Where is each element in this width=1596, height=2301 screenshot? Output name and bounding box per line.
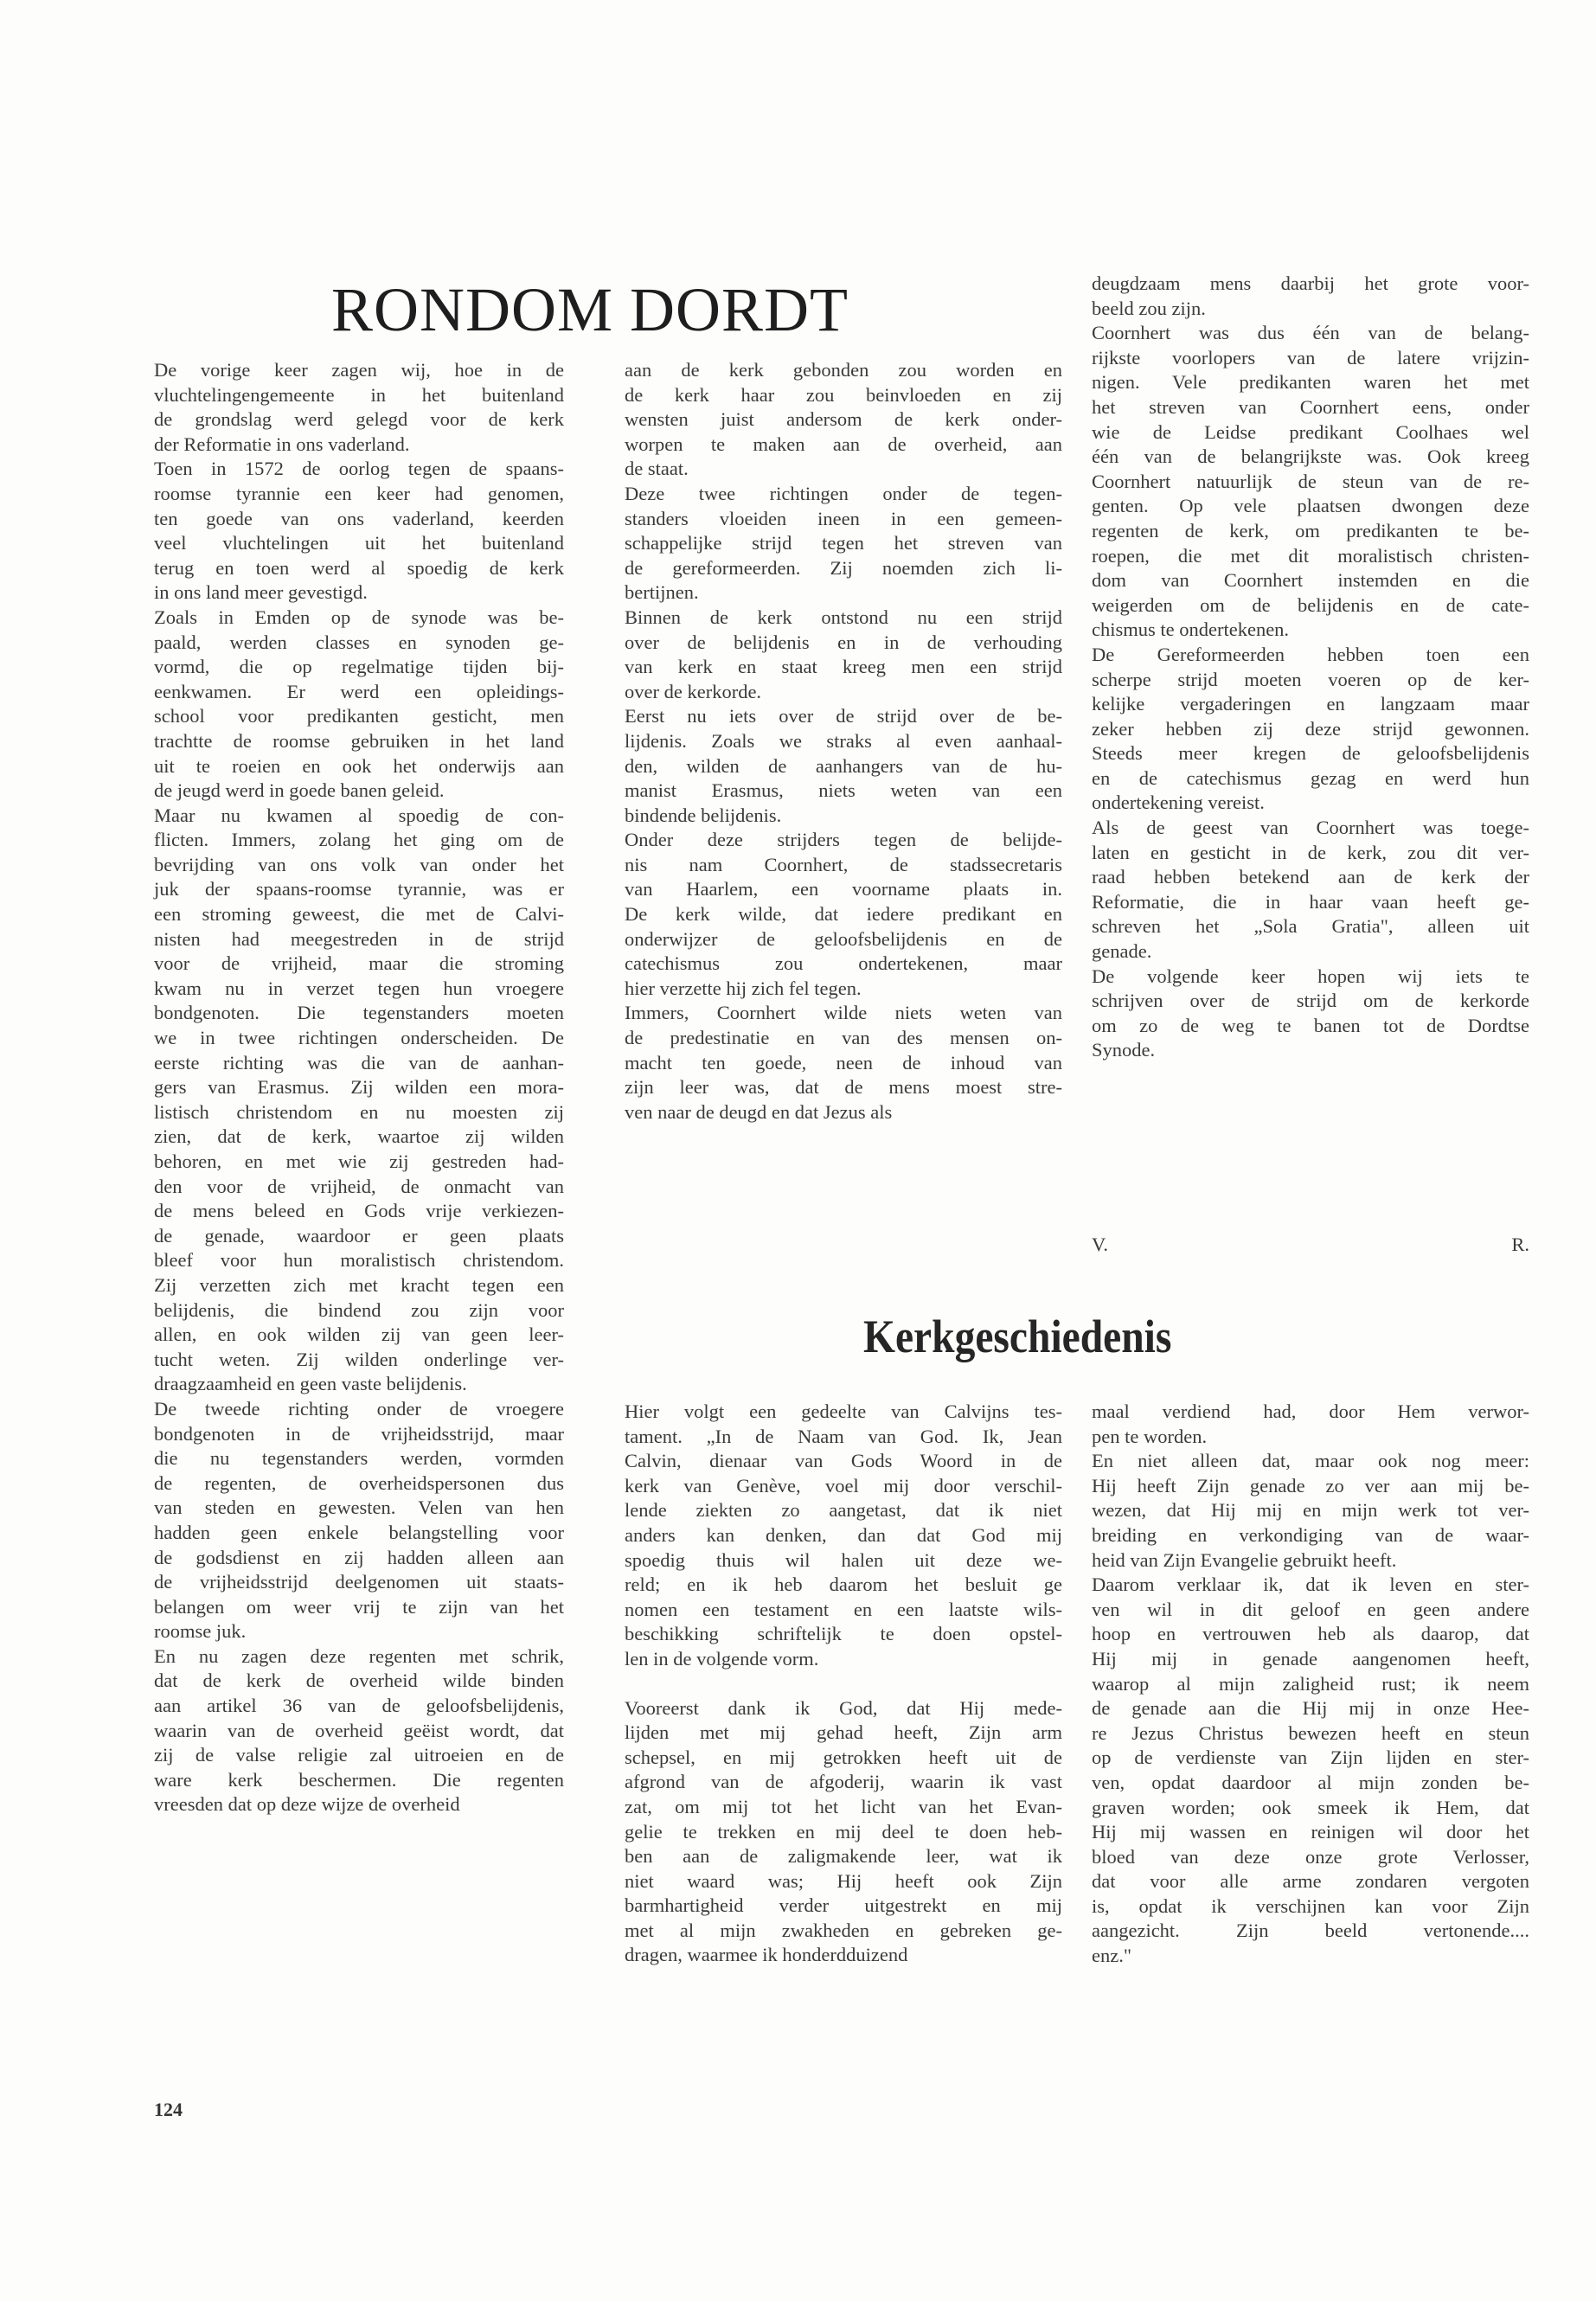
- text-line: ven wil in dit geloof en geen andere: [1092, 1598, 1529, 1623]
- text-line: van kerk en staat kreeg men een strijd: [625, 655, 1062, 680]
- text-line: op de verdienste van Zijn lijden en ster…: [1092, 1746, 1529, 1771]
- text-line: En niet alleen dat, maar ook nog meer:: [1092, 1449, 1529, 1474]
- text-line: is, opdat ik verschijnen kan voor Zijn: [1092, 1894, 1529, 1920]
- paragraph: De tweede richting onder de vroegerebond…: [154, 1397, 564, 1644]
- section-title-kerkgeschiedenis: Kerkgeschiedenis: [863, 1306, 1171, 1367]
- text-line: maal verdiend had, door Hem verwor-: [1092, 1400, 1529, 1425]
- paragraph: Eerst nu iets over de strijd over de be-…: [625, 704, 1062, 828]
- text-line: voor de vrijheid, maar die stroming: [154, 952, 564, 977]
- text-line: de genade, waardoor er geen plaats: [154, 1224, 564, 1249]
- article-column-1: De vorige keer zagen wij, hoe in devluch…: [154, 358, 564, 1817]
- text-line: heid van Zijn Evangelie gebruikt heeft.: [1092, 1548, 1529, 1574]
- text-line: één van de belangrijkste was. Ook kreeg: [1092, 445, 1529, 470]
- text-line: bertijnen.: [625, 580, 1062, 606]
- text-line: enz.": [1092, 1944, 1529, 1969]
- text-line: En nu zagen deze regenten met schrik,: [154, 1644, 564, 1670]
- text-line: de godsdienst en zij hadden alleen aan: [154, 1546, 564, 1571]
- signature-initial-right: R.: [1511, 1234, 1529, 1256]
- text-line: Zij verzetten zich met kracht tegen een: [154, 1273, 564, 1298]
- text-line: De tweede richting onder de vroegere: [154, 1397, 564, 1422]
- text-line: spoedig thuis wil halen uit deze we-: [625, 1548, 1062, 1574]
- article-title: RONDOM DORDT: [331, 275, 849, 344]
- text-line: barmhartigheid verder uitgestrekt en mij: [625, 1894, 1062, 1919]
- text-line: Coornhert natuurlijk de steun van de re-: [1092, 470, 1529, 495]
- text-line: len in de volgende vorm.: [625, 1647, 1062, 1672]
- text-line: ven, opdat daardoor al mijn zonden be-: [1092, 1771, 1529, 1796]
- text-line: dat voor alle arme zondaren vergoten: [1092, 1869, 1529, 1894]
- text-line: anders kan denken, dan dat God mij: [625, 1523, 1062, 1548]
- text-line: De kerk wilde, dat iedere predikant en: [625, 902, 1062, 927]
- text-line: ben aan de zaligmakende leer, wat ik: [625, 1844, 1062, 1869]
- text-line: schrijven over de strijd om de kerkorde: [1092, 989, 1529, 1014]
- text-line: zien, dat de kerk, waartoe zij wilden: [154, 1125, 564, 1150]
- text-line: schepsel, en mij getrokken heeft uit de: [625, 1746, 1062, 1771]
- text-line: vluchtelingengemeente in het buitenland: [154, 383, 564, 408]
- text-line: der Reformatie in ons vaderland.: [154, 433, 564, 458]
- text-line: om zo de weg te banen tot de Dordtse: [1092, 1014, 1529, 1039]
- text-line: rijkste voorlopers van de latere vrijzin…: [1092, 346, 1529, 371]
- text-line: pen te worden.: [1092, 1425, 1529, 1450]
- text-line: vreesden dat op deze wijze de overheid: [154, 1792, 564, 1817]
- text-line: Reformatie, die in haar vaan heeft ge-: [1092, 890, 1529, 915]
- text-line: en de catechismus gezag en werd hun: [1092, 766, 1529, 792]
- text-line: De volgende keer hopen wij iets te: [1092, 965, 1529, 990]
- text-line: ware kerk beschermen. Die regenten: [154, 1768, 564, 1793]
- paragraph: aan de kerk gebonden zou worden ende ker…: [625, 358, 1062, 482]
- text-line: met al mijn zwakheden en gebreken ge-: [625, 1919, 1062, 1944]
- text-line: veel vluchtelingen uit het buitenland: [154, 531, 564, 556]
- text-line: Eerst nu iets over de strijd over de be-: [625, 704, 1062, 729]
- text-line: onderwijzer de geloofsbelijdenis en de: [625, 927, 1062, 952]
- text-line: lijdenis. Zoals we straks al even aanhaa…: [625, 729, 1062, 754]
- text-line: de gereformeerden. Zij noemden zich li-: [625, 556, 1062, 581]
- text-line: Hij mij in genade aangenomen heeft,: [1092, 1647, 1529, 1672]
- text-line: schreven het „Sola Gratia", alleen uit: [1092, 914, 1529, 939]
- text-line: nomen een testament en een laatste wils-: [625, 1598, 1062, 1623]
- text-line: de genade aan die Hij mij in onze Hee-: [1092, 1696, 1529, 1721]
- text-line: de jeugd werd in goede banen geleid.: [154, 779, 564, 804]
- text-line: bloed van deze onze grote Verlosser,: [1092, 1845, 1529, 1870]
- text-line: de predestinatie en van des mensen on-: [625, 1026, 1062, 1051]
- text-line: kwam nu in verzet tegen hun vroegere: [154, 977, 564, 1002]
- text-line: de regenten, de overheidspersonen dus: [154, 1471, 564, 1497]
- text-line: regenten de kerk, om predikanten te be-: [1092, 519, 1529, 544]
- text-line: zat, om mij tot het licht van het Evan-: [625, 1795, 1062, 1820]
- text-line: uit te roeien en ook het onderwijs aan: [154, 754, 564, 779]
- paragraph: Toen in 1572 de oorlog tegen de spaans-r…: [154, 457, 564, 606]
- text-line: aan artikel 36 van de geloofsbelijdenis,: [154, 1694, 564, 1719]
- text-line: Daarom verklaar ik, dat ik leven en ster…: [1092, 1573, 1529, 1598]
- text-line: wezen, dat Hij mij en mijn werk tot ver-: [1092, 1498, 1529, 1523]
- section2-column-1: Hier volgt een gedeelte van Calvijns tes…: [625, 1400, 1062, 1968]
- text-line: Coornhert was dus één van de belang-: [1092, 321, 1529, 346]
- text-line: wie de Leidse predikant Coolhaes wel: [1092, 420, 1529, 445]
- paragraph: Immers, Coornhert wilde niets weten vand…: [625, 1001, 1062, 1125]
- text-line: de grondslag werd gelegd voor de kerk: [154, 407, 564, 433]
- text-line: bleef voor hun moralistisch christendom.: [154, 1248, 564, 1273]
- text-line: behoren, en met wie zij gestreden had-: [154, 1150, 564, 1175]
- text-line: gelie te trekken en mij deel te doen heb…: [625, 1820, 1062, 1845]
- text-line: kerk van Genève, voel mij door verschil-: [625, 1474, 1062, 1499]
- text-line: den, wilden de aanhangers van de hu-: [625, 754, 1062, 779]
- text-line: hadden geen enkele belangstelling voor: [154, 1521, 564, 1546]
- text-line: macht ten goede, neen de inhoud van: [625, 1051, 1062, 1076]
- paragraph: deugdzaam mens daarbij het grote voor-be…: [1092, 272, 1529, 321]
- text-line: graven worden; ook smeek ik Hem, dat: [1092, 1796, 1529, 1821]
- text-line: draagzaamheid en geen vaste belijdenis.: [154, 1372, 564, 1397]
- text-line: roomse tyrannie een keer had genomen,: [154, 482, 564, 507]
- text-line: niet waard was; Hij heeft ook Zijn: [625, 1869, 1062, 1894]
- text-line: Calvin, dienaar van Gods Woord in de: [625, 1449, 1062, 1474]
- text-line: lende ziekten zo aangetast, dat ik niet: [625, 1498, 1062, 1523]
- text-line: het streven van Coornhert eens, onder: [1092, 395, 1529, 420]
- paragraph: Daarom verklaar ik, dat ik leven en ster…: [1092, 1573, 1529, 1969]
- text-line: hoop en vertrouwen heb als daarop, dat: [1092, 1622, 1529, 1647]
- text-line: Immers, Coornhert wilde niets weten van: [625, 1001, 1062, 1026]
- text-line: nigen. Vele predikanten waren het met: [1092, 370, 1529, 395]
- text-line: Hij mij wassen en reinigen wil door het: [1092, 1820, 1529, 1845]
- paragraph: Onder deze strijders tegen de belijde-ni…: [625, 828, 1062, 1001]
- paragraph: Vooreerst dank ik God, dat Hij mede-lijd…: [625, 1696, 1062, 1969]
- paragraph: Hier volgt een gedeelte van Calvijns tes…: [625, 1400, 1062, 1672]
- text-line: Maar nu kwamen al spoedig de con-: [154, 804, 564, 829]
- text-line: een stroming geweest, die met de Calvi-: [154, 902, 564, 927]
- text-line: beschikking schriftelijk te doen opstel-: [625, 1622, 1062, 1647]
- text-line: vormd, die op regelmatige tijden bij-: [154, 655, 564, 680]
- page-number: 124: [154, 2099, 183, 2121]
- text-line: dragen, waarmee ik honderdduizend: [625, 1943, 1062, 1968]
- text-line: worpen te maken aan de overheid, aan: [625, 433, 1062, 458]
- text-line: reld; en ik heb daarom het besluit ge: [625, 1573, 1062, 1598]
- text-line: de mens beleed en Gods vrije verkiezen-: [154, 1199, 564, 1224]
- text-line: Binnen de kerk ontstond nu een strijd: [625, 606, 1062, 631]
- text-line: over de kerkorde.: [625, 680, 1062, 705]
- text-line: hier verzette hij zich fel tegen.: [625, 977, 1062, 1002]
- text-line: catechismus zou ondertekenen, maar: [625, 952, 1062, 977]
- paragraph: Binnen de kerk ontstond nu een strijdove…: [625, 606, 1062, 704]
- section2-column-2: maal verdiend had, door Hem verwor-pen t…: [1092, 1400, 1529, 1969]
- text-line: de vrijheidsstrijd deelgenomen uit staat…: [154, 1570, 564, 1595]
- text-line: De vorige keer zagen wij, hoe in de: [154, 358, 564, 383]
- text-line: bondgenoten in de vrijheidsstrijd, maar: [154, 1422, 564, 1447]
- text-line: genade.: [1092, 939, 1529, 965]
- text-line: van steden en gewesten. Velen van hen: [154, 1496, 564, 1521]
- text-line: manist Erasmus, niets weten van een: [625, 779, 1062, 804]
- text-line: aangezicht. Zijn beeld vertonende....: [1092, 1919, 1529, 1944]
- paragraph: Coornhert was dus één van de belang-rijk…: [1092, 321, 1529, 643]
- text-line: kelijke vergaderingen en langzaam maar: [1092, 692, 1529, 717]
- text-line: eenkwamen. Er werd een opleidings-: [154, 680, 564, 705]
- text-line: Als de geest van Coornhert was toege-: [1092, 816, 1529, 841]
- text-line: chismus te ondertekenen.: [1092, 618, 1529, 643]
- text-line: terug en toen werd al spoedig de kerk: [154, 556, 564, 581]
- text-line: standers vloeiden ineen in een gemeen-: [625, 507, 1062, 532]
- text-line: listisch christendom en nu moesten zij: [154, 1100, 564, 1125]
- text-line: den voor de vrijheid, de onmacht van: [154, 1175, 564, 1200]
- signature-initial-left: V.: [1092, 1234, 1108, 1256]
- text-line: raad hebben betekend aan de kerk der: [1092, 865, 1529, 890]
- text-line: aan de kerk gebonden zou worden en: [625, 358, 1062, 383]
- text-line: schappelijke strijd tegen het streven va…: [625, 531, 1062, 556]
- text-line: over de belijdenis en in de verhouding: [625, 631, 1062, 656]
- text-line: dat de kerk de overheid wilde binden: [154, 1669, 564, 1694]
- text-line: ten goede van ons vaderland, keerden: [154, 507, 564, 532]
- text-line: trachtte de roomse gebruiken in het land: [154, 729, 564, 754]
- text-line: gers van Erasmus. Zij wilden een mora-: [154, 1075, 564, 1100]
- text-line: waarin van de overheid geëist wordt, dat: [154, 1719, 564, 1744]
- text-line: tucht weten. Zij wilden onderlinge ver-: [154, 1348, 564, 1373]
- text-line: eerste richting was die van de aanhan-: [154, 1051, 564, 1076]
- text-line: lijden met mij gehad heeft, Zijn arm: [625, 1721, 1062, 1746]
- paragraph: maal verdiend had, door Hem verwor-pen t…: [1092, 1400, 1529, 1449]
- text-line: bondgenoten. Die tegenstanders moeten: [154, 1001, 564, 1026]
- paragraph: Maar nu kwamen al spoedig de con-flicten…: [154, 804, 564, 1397]
- article-column-2: aan de kerk gebonden zou worden ende ker…: [625, 358, 1062, 1125]
- text-line: ven naar de deugd en dat Jezus als: [625, 1100, 1062, 1125]
- text-line: wensten juist andersom de kerk onder-: [625, 407, 1062, 433]
- text-line: Deze twee richtingen onder de tegen-: [625, 482, 1062, 507]
- text-line: nisten had meegestreden in de strijd: [154, 927, 564, 952]
- text-line: Toen in 1572 de oorlog tegen de spaans-: [154, 457, 564, 482]
- text-line: paald, werden classes en synoden ge-: [154, 631, 564, 656]
- text-line: zij de valse religie zal uitroeien en de: [154, 1743, 564, 1768]
- paragraph: Deze twee richtingen onder de tegen-stan…: [625, 482, 1062, 606]
- text-line: Onder deze strijders tegen de belijde-: [625, 828, 1062, 853]
- paragraph: De volgende keer hopen wij iets teschrij…: [1092, 965, 1529, 1063]
- text-line: Vooreerst dank ik God, dat Hij mede-: [625, 1696, 1062, 1721]
- text-line: genten. Op vele plaatsen dwongen deze: [1092, 494, 1529, 519]
- article-signature: V. R.: [1092, 1234, 1529, 1256]
- text-line: school voor predikanten gesticht, men: [154, 704, 564, 729]
- text-line: juk der spaans-roomse tyrannie, was er: [154, 877, 564, 902]
- text-line: roepen, die met dit moralistisch christe…: [1092, 544, 1529, 569]
- text-line: laten en gesticht in de kerk, zou dit ve…: [1092, 841, 1529, 866]
- text-line: bevrijding van ons volk van onder het: [154, 853, 564, 878]
- text-line: allen, en ook wilden zij van geen leer-: [154, 1323, 564, 1348]
- text-line: weigerden om de belijdenis en de cate-: [1092, 593, 1529, 619]
- text-line: van Haarlem, een voorname plaats in.: [625, 877, 1062, 902]
- text-line: de staat.: [625, 457, 1062, 482]
- text-line: waarop al mijn zaligheid rust; ik neem: [1092, 1672, 1529, 1697]
- text-line: De Gereformeerden hebben toen een: [1092, 643, 1529, 668]
- text-line: beeld zou zijn.: [1092, 297, 1529, 322]
- text-line: breiding en verkondiging van de waar-: [1092, 1523, 1529, 1548]
- text-line: Hier volgt een gedeelte van Calvijns tes…: [625, 1400, 1062, 1425]
- text-line: re Jezus Christus bewezen heeft en steun: [1092, 1721, 1529, 1747]
- text-line: Zoals in Emden op de synode was be-: [154, 606, 564, 631]
- text-line: tament. „In de Naam van God. Ik, Jean: [625, 1425, 1062, 1450]
- text-line: dom van Coornhert instemden en die: [1092, 568, 1529, 593]
- text-line: belijdenis, die bindend zou zijn voor: [154, 1298, 564, 1324]
- text-line: de kerk haar zou beinvloeden en zij: [625, 383, 1062, 408]
- paragraph: En nu zagen deze regenten met schrik,dat…: [154, 1644, 564, 1817]
- paragraph: De Gereformeerden hebben toen eenscherpe…: [1092, 643, 1529, 816]
- text-line: flicten. Immers, zolang het ging om de: [154, 828, 564, 853]
- paragraph: En niet alleen dat, maar ook nog meer:Hi…: [1092, 1449, 1529, 1573]
- text-line: Hij heeft Zijn genade zo ver aan mij be-: [1092, 1474, 1529, 1499]
- text-line: Steeds meer kregen de geloofsbelijdenis: [1092, 741, 1529, 766]
- paragraph: De vorige keer zagen wij, hoe in devluch…: [154, 358, 564, 457]
- text-line: deugdzaam mens daarbij het grote voor-: [1092, 272, 1529, 297]
- text-line: belangen om weer vrij te zijn van het: [154, 1595, 564, 1620]
- text-line: in ons land meer gevestigd.: [154, 580, 564, 606]
- text-line: zijn leer was, dat de mens moest stre-: [625, 1075, 1062, 1100]
- text-line: we in twee richtingen onderscheiden. De: [154, 1026, 564, 1051]
- text-line: zeker hebben zij deze strijd gewonnen.: [1092, 717, 1529, 742]
- text-line: die nu tegenstanders werden, vormden: [154, 1446, 564, 1471]
- text-line: roomse juk.: [154, 1619, 564, 1644]
- text-line: nis nam Coornhert, de stadssecretaris: [625, 853, 1062, 878]
- text-line: ondertekening vereist.: [1092, 791, 1529, 816]
- text-line: bindende belijdenis.: [625, 804, 1062, 829]
- paragraph: Zoals in Emden op de synode was be-paald…: [154, 606, 564, 804]
- text-line: scherpe strijd moeten voeren op de ker-: [1092, 668, 1529, 693]
- text-line: afgrond van de afgoderij, waarin ik vast: [625, 1770, 1062, 1795]
- article-column-3: deugdzaam mens daarbij het grote voor-be…: [1092, 272, 1529, 1063]
- text-line: Synode.: [1092, 1038, 1529, 1063]
- paragraph: Als de geest van Coornhert was toege-lat…: [1092, 816, 1529, 965]
